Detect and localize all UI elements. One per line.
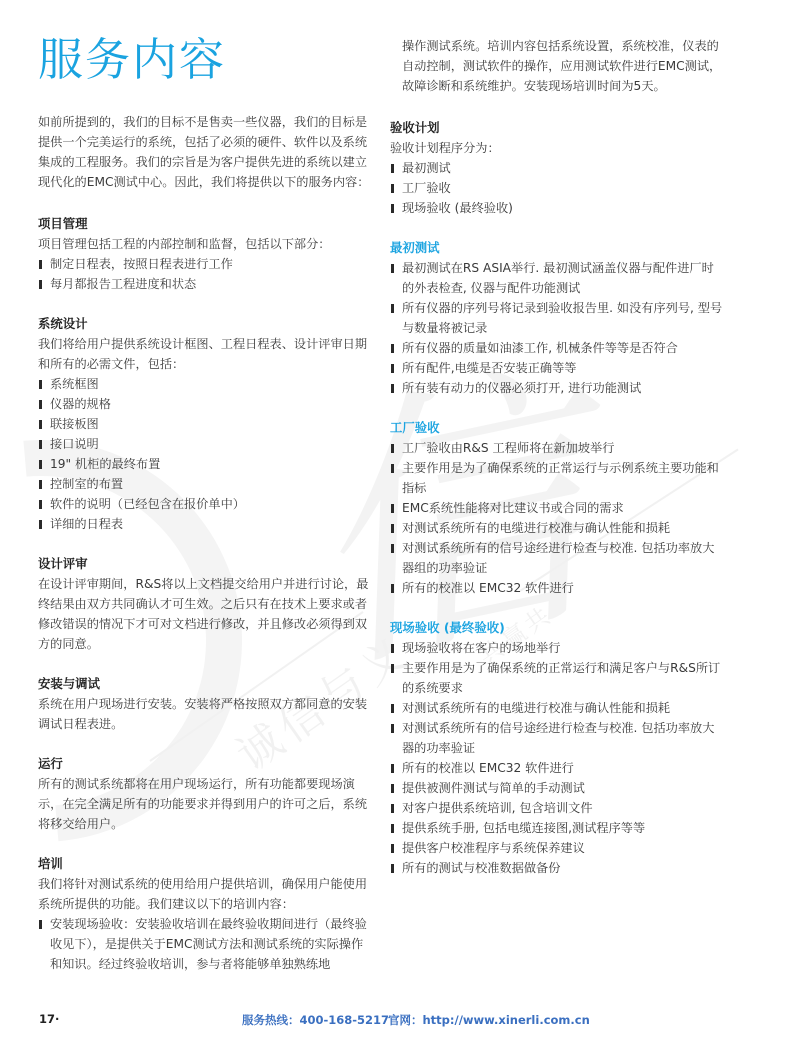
list-item: EMC系统性能将对比建议书或合同的需求 — [390, 498, 725, 518]
section-text: 系统在用户现场进行安装。安装将严格按照双方都同意的安装调试日程表进。 — [38, 694, 373, 734]
section-text: 项目管理包括工程的内部控制和监督，包括以下部分： — [38, 234, 373, 254]
section-heading: 工厂验收 — [390, 418, 725, 438]
bullet-list: 安装现场验收：安装验收培训在最终验收期间进行（最终验收见下），是提供关于EMC测… — [38, 914, 373, 974]
section-training: 培训 我们将针对测试系统的使用给用户提供培训，确保用户能使用系统所提供的功能。我… — [38, 854, 373, 974]
list-item: 安装现场验收：安装验收培训在最终验收期间进行（最终验收见下），是提供关于EMC测… — [38, 914, 373, 974]
section-project-management: 项目管理 项目管理包括工程的内部控制和监督，包括以下部分： 制定日程表，按照日程… — [38, 214, 373, 294]
list-item: 对测试系统所有的信号途经进行检查与校准. 包括功率放大器组的功率验证 — [390, 538, 725, 578]
list-item: 联接板图 — [38, 414, 373, 434]
section-heading: 运行 — [38, 754, 373, 774]
list-item: 制定日程表，按照日程表进行工作 — [38, 254, 373, 274]
list-item: 所有的校准以 EMC32 软件进行 — [390, 758, 725, 778]
list-item: 控制室的布置 — [38, 474, 373, 494]
list-item: 最初测试在RS ASIA举行. 最初测试涵盖仪器与配件进厂时的外表检查, 仪器与… — [390, 258, 725, 298]
list-item: 主要作用是为了确保系统的正常运行与示例系统主要功能和指标 — [390, 458, 725, 498]
list-item: 软件的说明（已经包含在报价单中） — [38, 494, 373, 514]
section-heading: 项目管理 — [38, 214, 373, 234]
list-item: 对测试系统所有的电缆进行校准与确认性能和损耗 — [390, 698, 725, 718]
list-item: 对测试系统所有的电缆进行校准与确认性能和损耗 — [390, 518, 725, 538]
training-continuation: 操作测试系统。培训内容包括系统设置，系统校准，仪表的自动控制，测试软件的操作，应… — [390, 36, 725, 96]
list-item: 最初测试 — [390, 158, 725, 178]
list-item: 提供被测件测试与简单的手动测试 — [390, 778, 725, 798]
bullet-list: 工厂验收由R&S 工程师将在新加坡举行 主要作用是为了确保系统的正常运行与示例系… — [390, 438, 725, 598]
section-text: 在设计评审期间，R&S将以上文档提交给用户并进行讨论，最终结果由双方共同确认才可… — [38, 574, 373, 654]
bullet-list: 最初测试 工厂验收 现场验收 (最终验收) — [390, 158, 725, 218]
list-item: 提供客户校准程序与系统保养建议 — [390, 838, 725, 858]
list-item: 每月都报告工程进度和状态 — [38, 274, 373, 294]
section-initial-test: 最初测试 最初测试在RS ASIA举行. 最初测试涵盖仪器与配件进厂时的外表检查… — [390, 238, 725, 398]
section-text: 所有的测试系统都将在用户现场运行，所有功能都要现场演示，在完全满足所有的功能要求… — [38, 774, 373, 834]
list-item: 仪器的规格 — [38, 394, 373, 414]
list-item: 所有装有动力的仪器必须打开, 进行功能测试 — [390, 378, 725, 398]
list-item: 所有配件,电缆是否安装正确等等 — [390, 358, 725, 378]
section-heading: 培训 — [38, 854, 373, 874]
list-item: 所有仪器的质量如油漆工作, 机械条件等等是否符合 — [390, 338, 725, 358]
section-site-acceptance: 现场验收 (最终验收) 现场验收将在客户的场地举行 主要作用是为了确保系统的正常… — [390, 618, 725, 878]
page-number: 17· — [39, 1012, 59, 1026]
list-item: 19" 机柜的最终布置 — [38, 454, 373, 474]
section-system-design: 系统设计 我们将给用户提供系统设计框图、工程日程表、设计评审日期和所有的必需文件… — [38, 314, 373, 534]
page-footer: 17· 服务热线：400-168-5217 官网：http://www.xine… — [0, 1012, 793, 1032]
list-item: 现场验收 (最终验收) — [390, 198, 725, 218]
list-item: 工厂验收由R&S 工程师将在新加坡举行 — [390, 438, 725, 458]
section-heading: 现场验收 (最终验收) — [390, 618, 725, 638]
service-hotline: 服务热线：400-168-5217 — [242, 1012, 389, 1028]
list-item: 主要作用是为了确保系统的正常运行和满足客户与R&S所订的系统要求 — [390, 658, 725, 698]
section-installation: 安装与调试 系统在用户现场进行安装。安装将严格按照双方都同意的安装调试日程表进。 — [38, 674, 373, 734]
left-column: 如前所提到的，我们的目标不是售卖一些仪器，我们的目标是提供一个完美运行的系统，包… — [38, 112, 373, 974]
section-heading: 设计评审 — [38, 554, 373, 574]
intro-paragraph: 如前所提到的，我们的目标不是售卖一些仪器，我们的目标是提供一个完美运行的系统，包… — [38, 112, 373, 192]
bullet-list: 现场验收将在客户的场地举行 主要作用是为了确保系统的正常运行和满足客户与R&S所… — [390, 638, 725, 878]
bullet-list: 制定日程表，按照日程表进行工作 每月都报告工程进度和状态 — [38, 254, 373, 294]
list-item: 所有的测试与校准数据做备份 — [390, 858, 725, 878]
list-item: 系统框图 — [38, 374, 373, 394]
list-item: 现场验收将在客户的场地举行 — [390, 638, 725, 658]
list-item: 所有的校准以 EMC32 软件进行 — [390, 578, 725, 598]
list-item: 接口说明 — [38, 434, 373, 454]
bullet-list: 最初测试在RS ASIA举行. 最初测试涵盖仪器与配件进厂时的外表检查, 仪器与… — [390, 258, 725, 398]
list-item: 对测试系统所有的信号途经进行检查与校准. 包括功率放大器的功率验证 — [390, 718, 725, 758]
section-heading: 安装与调试 — [38, 674, 373, 694]
section-text: 我们将针对测试系统的使用给用户提供培训，确保用户能使用系统所提供的功能。我们建议… — [38, 874, 373, 914]
right-column: 操作测试系统。培训内容包括系统设置，系统校准，仪表的自动控制，测试软件的操作，应… — [390, 36, 725, 878]
section-text: 我们将给用户提供系统设计框图、工程日程表、设计评审日期和所有的必需文件，包括： — [38, 334, 373, 374]
website-link[interactable]: 官网：http://www.xinerli.com.cn — [388, 1012, 590, 1028]
list-item: 工厂验收 — [390, 178, 725, 198]
section-factory-acceptance: 工厂验收 工厂验收由R&S 工程师将在新加坡举行 主要作用是为了确保系统的正常运… — [390, 418, 725, 598]
document-page: 服务内容 如前所提到的，我们的目标不是售卖一些仪器，我们的目标是提供一个完美运行… — [0, 0, 793, 1058]
list-item: 对客户提供系统培训, 包含培训文件 — [390, 798, 725, 818]
section-acceptance-plan: 验收计划 验收计划程序分为： 最初测试 工厂验收 现场验收 (最终验收) — [390, 118, 725, 218]
list-item: 详细的日程表 — [38, 514, 373, 534]
section-text: 验收计划程序分为： — [390, 138, 725, 158]
section-heading: 最初测试 — [390, 238, 725, 258]
bullet-list: 系统框图 仪器的规格 联接板图 接口说明 19" 机柜的最终布置 控制室的布置 … — [38, 374, 373, 534]
list-item: 所有仪器的序列号将记录到验收报告里. 如没有序列号, 型号与数量将被记录 — [390, 298, 725, 338]
section-operation: 运行 所有的测试系统都将在用户现场运行，所有功能都要现场演示，在完全满足所有的功… — [38, 754, 373, 834]
section-heading: 验收计划 — [390, 118, 725, 138]
page-title: 服务内容 — [38, 30, 226, 90]
section-design-review: 设计评审 在设计评审期间，R&S将以上文档提交给用户并进行讨论，最终结果由双方共… — [38, 554, 373, 654]
list-item: 提供系统手册, 包括电缆连接图,测试程序等等 — [390, 818, 725, 838]
section-heading: 系统设计 — [38, 314, 373, 334]
